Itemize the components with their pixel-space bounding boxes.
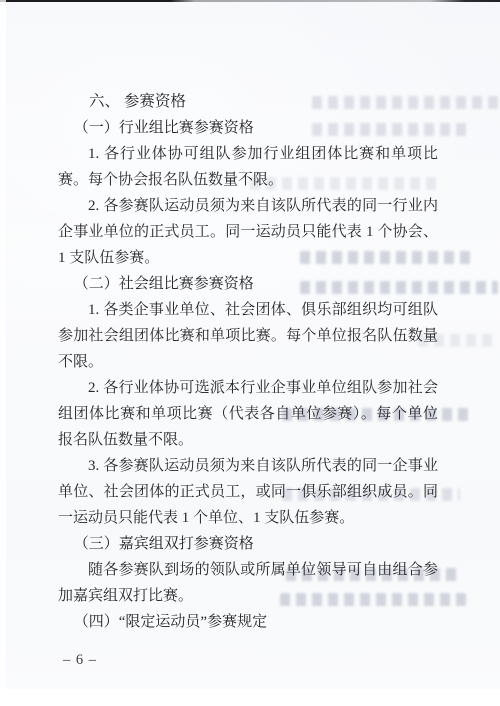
- subsection-heading-industry-group: （一）行业组比赛参赛资格: [58, 115, 438, 141]
- paragraph: 随各参赛队到场的领队或所属单位领导可自由组合参加嘉宾组双打比赛。: [58, 557, 438, 609]
- scanned-document-page: 六、 参赛资格 （一）行业组比赛参赛资格 1. 各行业体协可组队参加行业组团体比…: [0, 0, 500, 706]
- document-content: 六、 参赛资格 （一）行业组比赛参赛资格 1. 各行业体协可组队参加行业组团体比…: [58, 89, 438, 635]
- subsection-heading-restricted-athletes: （四）“限定运动员”参赛规定: [58, 609, 438, 635]
- paragraph: 3. 各参赛队运动员须为来自该队所代表的同一企事业单位、社会团体的正式员工，或同…: [58, 453, 438, 531]
- subsection-heading-social-group: （二）社会组比赛参赛资格: [58, 271, 438, 297]
- paragraph: 2. 各行业体协可选派本行业企事业单位组队参加社会组团体比赛和单项比赛（代表各自…: [58, 375, 438, 453]
- paragraph: 1. 各类企事业单位、社会团体、俱乐部组织均可组队参加社会组团体比赛和单项比赛。…: [58, 297, 438, 375]
- scan-edge-artifact: [0, 0, 500, 2]
- paper-bottom-edge: [0, 689, 500, 706]
- page-number: – 6 –: [63, 652, 97, 669]
- paragraph: 1. 各行业体协可组队参加行业组团体比赛和单项比赛。每个协会报名队伍数量不限。: [58, 141, 438, 193]
- section-title: 六、 参赛资格: [58, 89, 438, 115]
- paper-left-edge: [0, 0, 6, 706]
- paragraph: 2. 各参赛队运动员须为来自该队所代表的同一行业内企事业单位的正式员工。同一运动…: [58, 193, 438, 271]
- subsection-heading-guest-doubles: （三）嘉宾组双打参赛资格: [58, 531, 438, 557]
